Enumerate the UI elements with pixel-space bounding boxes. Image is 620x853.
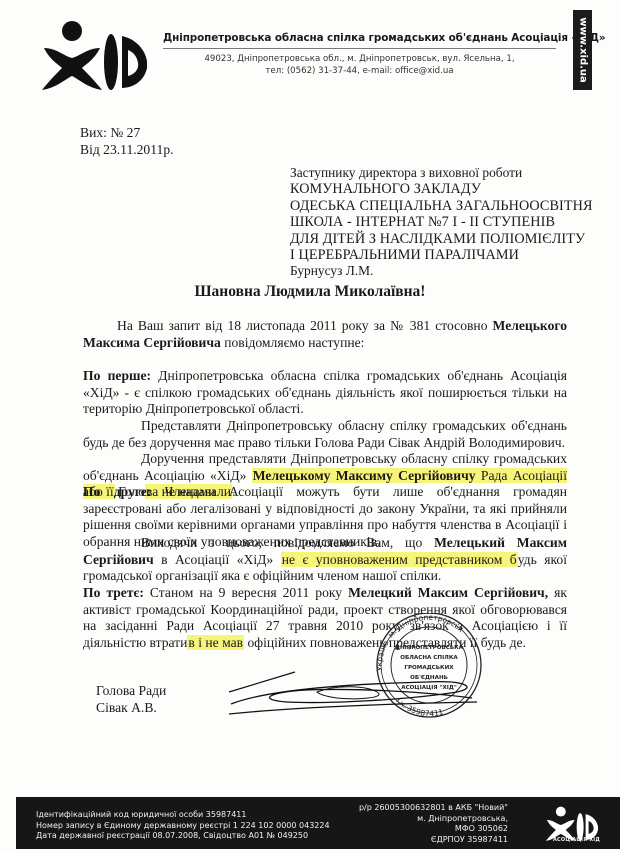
signatory-block: Голова Ради Сівак А.В. bbox=[96, 683, 166, 716]
contact-line: тел: (0562) 31-37-44, e-mail: office@xid… bbox=[163, 65, 556, 77]
first-point-paragraph: По перше: Дніпропетровська обласна спілк… bbox=[83, 368, 567, 418]
registration-info: Ідентифікаційний код юридичної особи 359… bbox=[36, 810, 330, 842]
outgoing-number: Вих: № 27 bbox=[80, 125, 174, 142]
third-point-label: По третє: bbox=[83, 585, 144, 600]
registration-line: Номер запису в Єдиному державному реєстр… bbox=[36, 821, 330, 832]
footer-logo-label: АСОЦІАЦІЯ ХІД bbox=[553, 837, 600, 843]
intro-text-end: повідомляємо наступне: bbox=[221, 335, 365, 350]
highlighted-text: в і не мав bbox=[187, 635, 244, 650]
intro-paragraph: На Ваш запит від 18 листопада 2011 року … bbox=[83, 318, 567, 351]
third-point-text: Станом на 9 вересня 2011 року bbox=[144, 585, 348, 600]
website-label: www.xid.ua bbox=[577, 17, 588, 83]
addressee-position: Заступнику директора з виховної роботи bbox=[290, 165, 593, 181]
addressee-line: ОДЕСЬКА СПЕЦІАЛЬНА ЗАГАЛЬНООСВІТНЯ bbox=[290, 198, 593, 214]
bank-line: м. Дніпропетровська, bbox=[359, 814, 508, 825]
addressee-name: Бурнусуз Л.М. bbox=[290, 263, 593, 279]
reference-block: Вих: № 27 Від 23.11.2011р. bbox=[80, 125, 174, 158]
conclusion-text: Виходячи з цього, повідомляємо Вам, що bbox=[141, 535, 434, 550]
representation-text: Представляти Дніпропетровську обласну сп… bbox=[83, 418, 567, 450]
website-bar: www.xid.ua bbox=[573, 10, 592, 90]
second-point-label: По друге: bbox=[83, 484, 151, 499]
intro-text: На Ваш запит від 18 листопада 2011 року … bbox=[117, 318, 493, 333]
conclusion-paragraph: Виходячи з цього, повідомляємо Вам, що М… bbox=[83, 535, 567, 585]
highlighted-name: Мелецькому Максиму Сергійовичу bbox=[253, 468, 476, 483]
addressee-line: І ЦЕРЕБРАЛЬНИМИ ПАРАЛІЧАМИ bbox=[290, 247, 593, 263]
signature-icon bbox=[227, 670, 487, 725]
footer-band: Ідентифікаційний код юридичної особи 359… bbox=[16, 797, 620, 849]
addressee-line: ДЛЯ ДІТЕЙ З НАСЛІДКАМИ ПОЛІОМІЄЛІТУ bbox=[290, 231, 593, 247]
svg-text:ОБЛАСНА СПІЛКА: ОБЛАСНА СПІЛКА bbox=[400, 655, 458, 661]
organization-address: 49023, Дніпропетровська обл., м. Дніпроп… bbox=[163, 53, 556, 77]
bank-line: ЄДРПОУ 35987411 bbox=[359, 835, 508, 846]
bank-line: р/р 26005300632801 в АКБ "Новий" bbox=[359, 803, 508, 814]
svg-text:ДНІПРОПЕТРОВСЬКА: ДНІПРОПЕТРОВСЬКА bbox=[395, 645, 464, 651]
addressee-line: ШКОЛА - ІНТЕРНАТ №7 І - ІІ СТУПЕНІВ bbox=[290, 214, 593, 230]
subject-name: Мелецкий Максим Сергійович, bbox=[348, 585, 548, 600]
svg-text:Україна, м. Дніпропетровськ: Україна, м. Дніпропетровськ bbox=[375, 613, 466, 671]
addressee-line: КОМУНАЛЬНОГО ЗАКЛАДУ bbox=[290, 181, 593, 197]
conclusion-text-mid: в Асоціації «ХіД» bbox=[154, 552, 281, 567]
addressee-block: Заступнику директора з виховної роботи К… bbox=[290, 165, 593, 280]
bank-line: МФО 305062 bbox=[359, 824, 508, 835]
xid-logo-icon bbox=[22, 18, 147, 90]
xid-logo bbox=[22, 18, 147, 90]
first-point-text: Дніпропетровська обласна спілка громадсь… bbox=[83, 368, 567, 416]
first-point-label: По перше: bbox=[83, 368, 151, 383]
handwritten-signature bbox=[227, 670, 487, 725]
signatory-title: Голова Ради bbox=[96, 683, 166, 700]
organization-title: Дніпропетровська обласна спілка громадсь… bbox=[163, 32, 563, 44]
letter-date: Від 23.11.2011р. bbox=[80, 142, 174, 159]
representation-paragraph: Представляти Дніпропетровську обласну сп… bbox=[83, 418, 567, 451]
bank-info: р/р 26005300632801 в АКБ "Новий" м. Дніп… bbox=[359, 803, 508, 845]
greeting: Шановна Людмила Миколаївна! bbox=[0, 283, 620, 301]
header-divider bbox=[163, 48, 556, 49]
signatory-name: Сівак А.В. bbox=[96, 700, 166, 717]
highlighted-text: не є уповноваженим представником б bbox=[281, 552, 518, 567]
registration-line: Дата державної реєстрації 08.07.2008, Св… bbox=[36, 831, 330, 842]
registration-line: Ідентифікаційний код юридичної особи 359… bbox=[36, 810, 330, 821]
address-line: 49023, Дніпропетровська обл., м. Дніпроп… bbox=[163, 53, 556, 65]
